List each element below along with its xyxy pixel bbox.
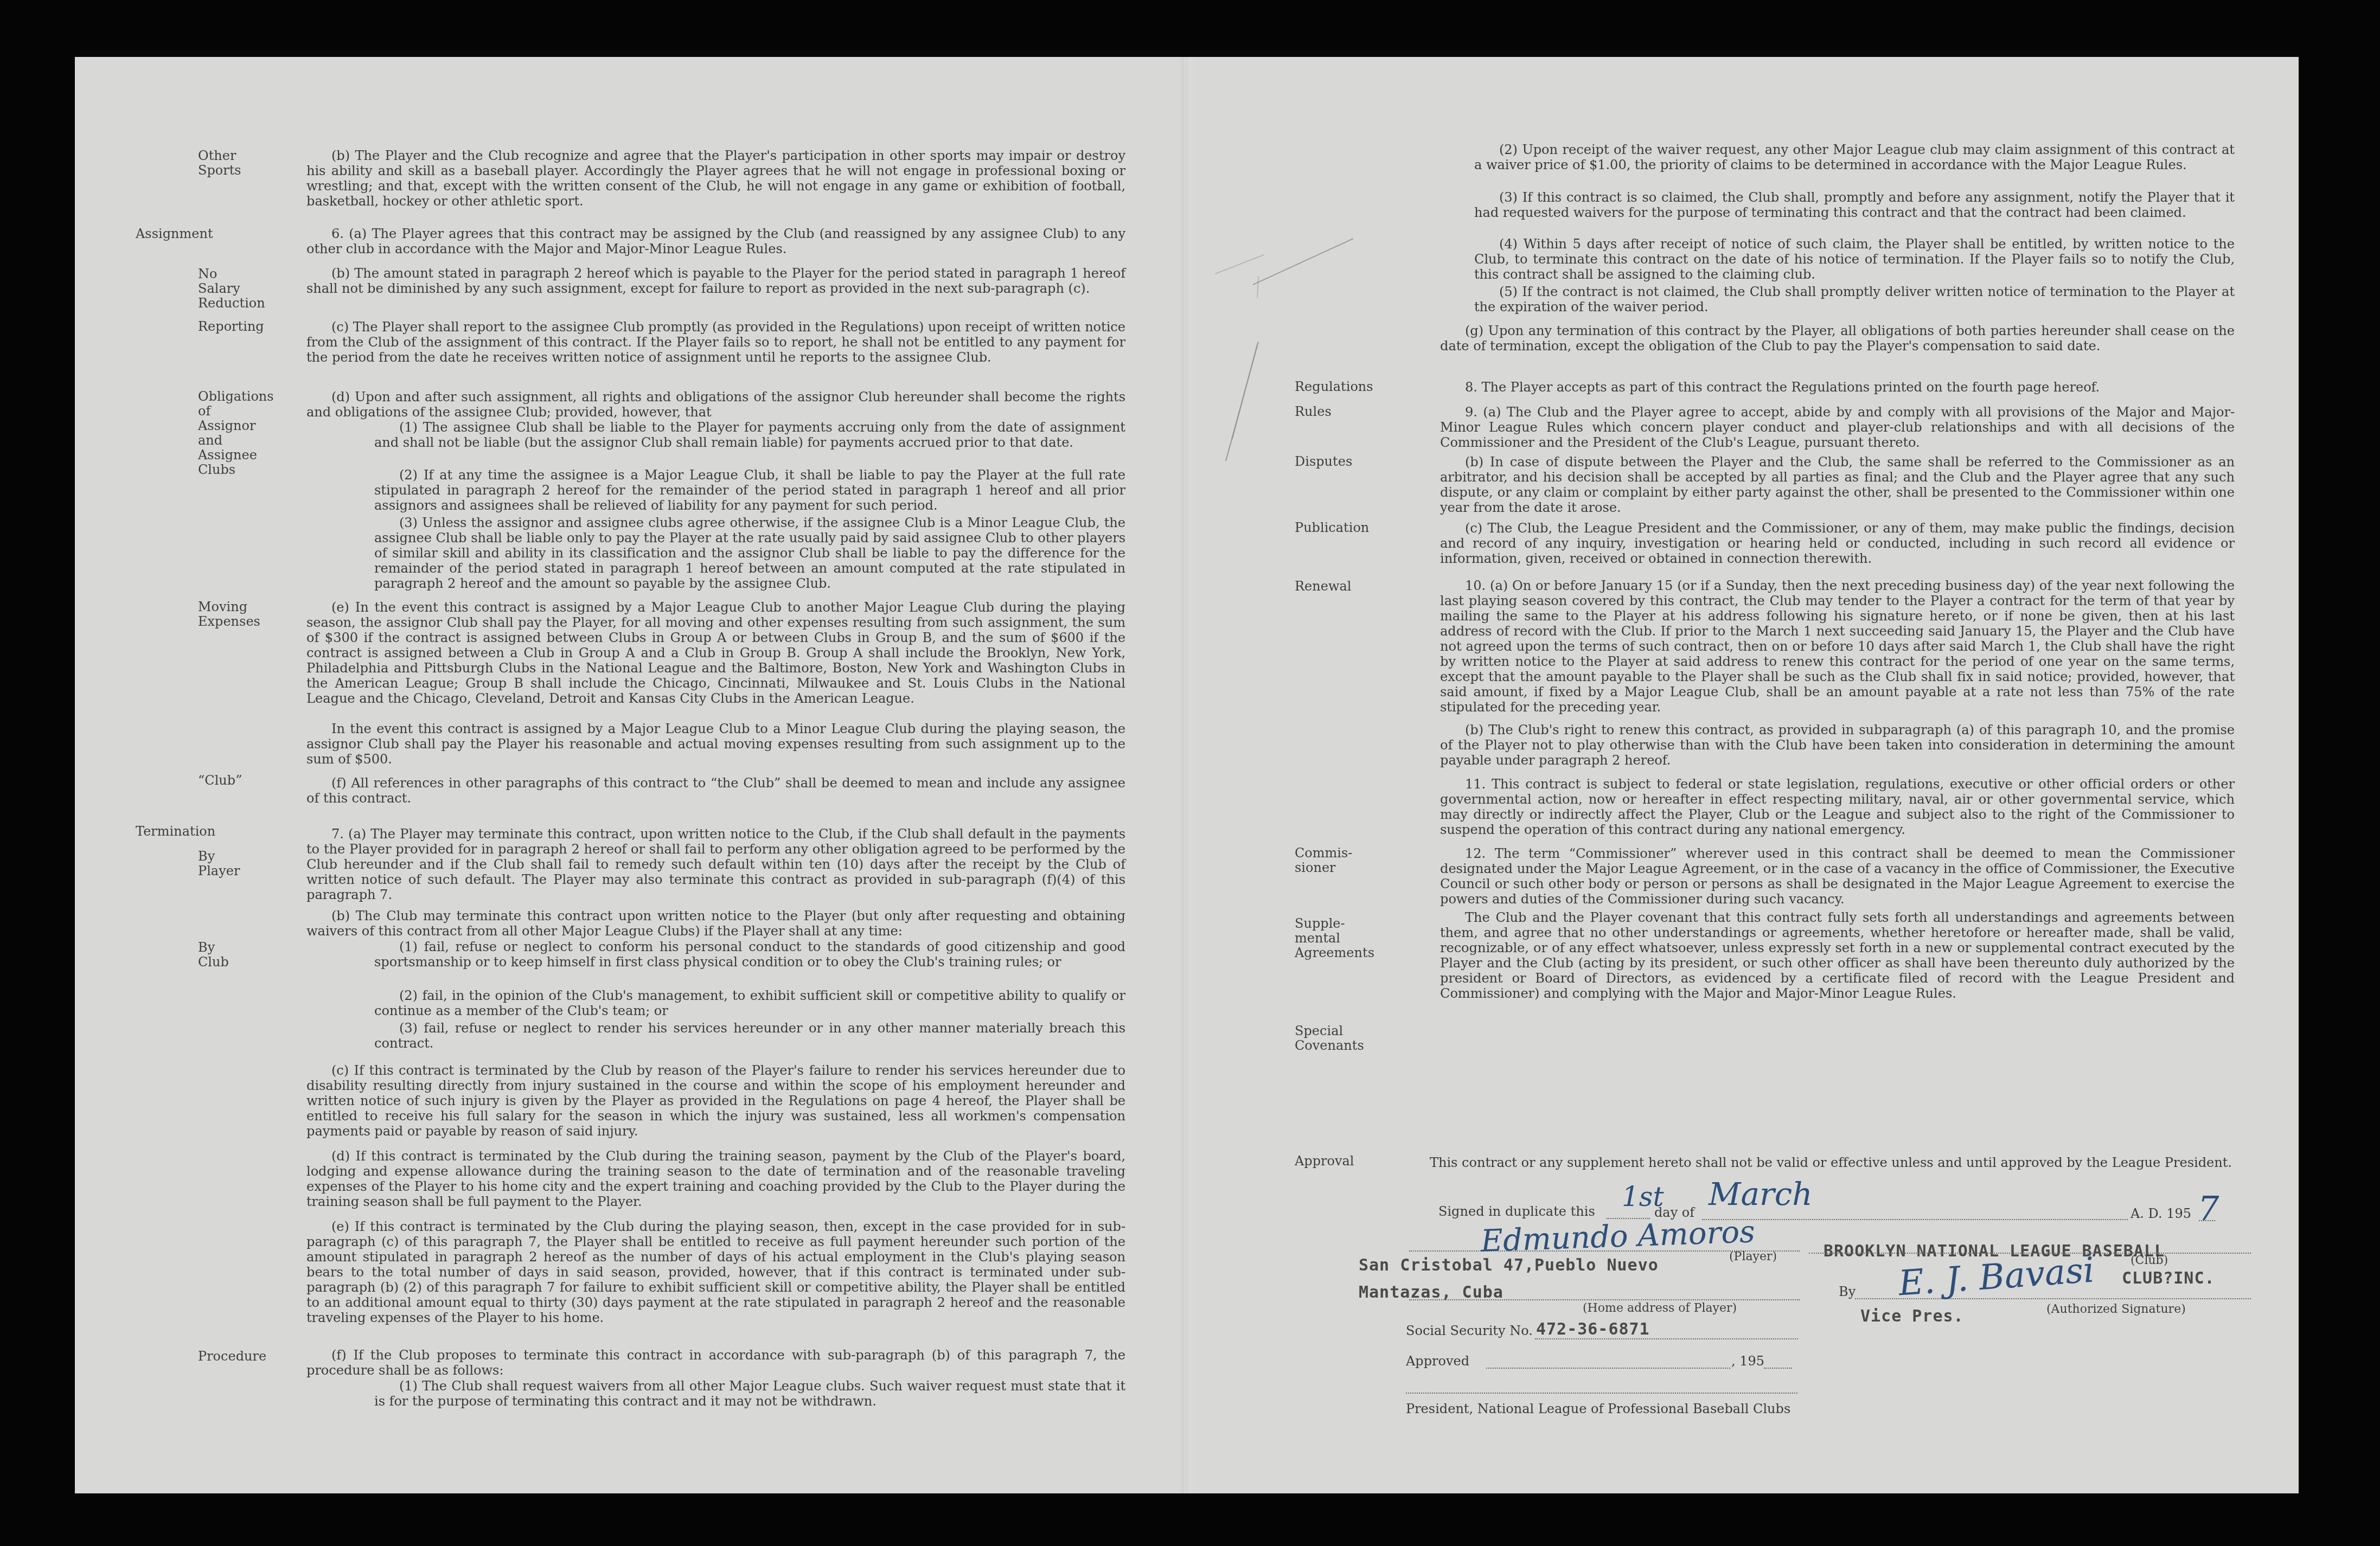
margin-label-reporting: Reporting (198, 319, 264, 334)
paragraph-termination-d: (d) If this contract is terminated by th… (306, 1149, 1125, 1209)
paragraph-club-definition: (f) All references in other paragraphs o… (306, 775, 1125, 806)
paragraph-termination-b: (b) The Club may terminate this contract… (306, 908, 1125, 939)
paragraph-moving-expenses-minor: In the event this contract is assigned b… (306, 721, 1125, 767)
paragraph-supplemental-agreements: The Club and the Player covenant that th… (1440, 910, 2235, 1001)
margin-label-moving-expenses: Moving Expenses (198, 600, 260, 629)
ssn-label: Social Security No. (1406, 1323, 1533, 1338)
paragraph-procedure-4: (4) Within 5 days after receipt of notic… (1474, 236, 2235, 282)
paragraph-legislation: 11. This contract is subject to federal … (1440, 777, 2235, 837)
year-digit-handwritten: 7 (2198, 1189, 2219, 1228)
approved-year-label: , 195 (1731, 1353, 1764, 1369)
paragraph-renewal-b: (b) The Club's right to renew this contr… (1440, 722, 2235, 768)
paragraph-obligations-1: (1) The assignee Club shall be liable to… (374, 420, 1125, 450)
paragraph-publication: (c) The Club, the League President and t… (1440, 521, 2235, 566)
paragraph-procedure-2: (2) Upon receipt of the waiver request, … (1474, 142, 2235, 172)
paragraph-termination-c: (c) If this contract is terminated by th… (306, 1063, 1125, 1139)
approved-year-line[interactable] (1764, 1368, 1792, 1369)
by-label: By (1839, 1284, 1856, 1299)
club-line[interactable] (1809, 1253, 2251, 1254)
paragraph-renewal-a: 10. (a) On or before January 15 (or if a… (1440, 578, 2235, 715)
margin-label-other-sports: Other Sports (198, 149, 241, 178)
margin-label-supplemental-agreements: Supple- mental Agreements (1295, 916, 1374, 960)
margin-label-approval: Approval (1295, 1154, 1354, 1169)
paragraph-termination-g: (g) Upon any termination of this contrac… (1440, 323, 2235, 354)
authorized-title: Vice Pres. (1860, 1307, 1964, 1326)
paragraph-commissioner: 12. The term “Commissioner” wherever use… (1440, 846, 2235, 907)
paragraph-termination-e: (e) If this contract is terminated by th… (306, 1219, 1125, 1325)
paragraph-other-sports: (b) The Player and the Club recognize an… (306, 148, 1125, 209)
approved-label: Approved (1406, 1353, 1469, 1369)
home-address-caption: (Home address of Player) (1583, 1301, 1737, 1315)
paragraph-rules: 9. (a) The Club and the Player agree to … (1440, 405, 2235, 450)
margin-label-commissioner: Commis- sioner (1295, 846, 1352, 875)
club-name-line2: CLUB?INC. (2122, 1269, 2215, 1288)
ssn-value: 472-36-6871 (1536, 1320, 1650, 1339)
approved-date-line[interactable] (1486, 1368, 1730, 1369)
paragraph-termination-b3: (3) fail, refuse or neglect to render hi… (374, 1021, 1125, 1051)
margin-label-publication: Publication (1295, 521, 1369, 535)
president-caption: President, National League of Profession… (1406, 1401, 1790, 1416)
center-fold (1184, 57, 1185, 1493)
ad-year-label: A. D. 195 (2131, 1206, 2191, 1221)
paragraph-procedure-3: (3) If this contract is so claimed, the … (1474, 190, 2235, 220)
margin-label-no-salary-reduction: No Salary Reduction (198, 267, 265, 311)
player-address-line1: San Cristobal 47,Pueblo Nuevo (1359, 1256, 1659, 1275)
paragraph-termination-a: 7. (a) The Player may terminate this con… (306, 826, 1125, 902)
paragraph-obligations-2: (2) If at any time the assignee is a Maj… (374, 467, 1125, 513)
pencil-mark (1193, 233, 1367, 461)
margin-label-termination: Termination (136, 824, 215, 839)
margin-label-obligations: Obligations of Assignor and Assignee Clu… (198, 389, 274, 477)
margin-label-renewal: Renewal (1295, 579, 1351, 594)
president-signature-line[interactable] (1406, 1393, 1797, 1394)
paragraph-regulations: 8. The Player accepts as part of this co… (1440, 380, 2235, 395)
paragraph-procedure-5: (5) If the contract is not claimed, the … (1474, 284, 2235, 315)
paragraph-disputes: (b) In case of dispute between the Playe… (1440, 454, 2235, 515)
margin-label-club: “Club” (198, 773, 242, 788)
player-caption: (Player) (1729, 1250, 1777, 1263)
paragraph-no-salary-reduction: (b) The amount stated in paragraph 2 her… (306, 266, 1125, 296)
margin-label-special-covenants: Special Covenants (1295, 1024, 1364, 1053)
ssn-line[interactable] (1535, 1338, 1798, 1339)
paragraph-obligations-d: (d) Upon and after such assignment, all … (306, 389, 1125, 420)
paragraph-assignment: 6. (a) The Player agrees that this contr… (306, 226, 1125, 256)
authorized-caption: (Authorized Signature) (2046, 1303, 2186, 1316)
margin-label-procedure: Procedure (198, 1349, 266, 1364)
paragraph-termination-b2: (2) fail, in the opinion of the Club's m… (374, 988, 1125, 1018)
paragraph-termination-b1: (1) fail, refuse or neglect to conform h… (374, 939, 1125, 970)
paragraph-reporting: (c) The Player shall report to the assig… (306, 319, 1125, 365)
paragraph-obligations-3: (3) Unless the assignor and assignee clu… (374, 515, 1125, 591)
margin-label-by-club: By Club (198, 940, 229, 970)
month-handwritten: March (1709, 1176, 1813, 1213)
paragraph-procedure-f: (f) If the Club proposes to terminate th… (306, 1348, 1125, 1378)
margin-label-assignment: Assignment (136, 227, 213, 241)
signed-in-duplicate-label: Signed in duplicate this (1438, 1204, 1595, 1219)
paragraph-procedure-1: (1) The Club shall request waivers from … (374, 1378, 1125, 1409)
month-field[interactable] (1702, 1219, 2128, 1220)
paragraph-approval: This contract or any supplement hereto s… (1405, 1155, 2235, 1170)
margin-label-by-player: By Player (198, 849, 240, 878)
club-caption: (Club) (2131, 1254, 2168, 1267)
home-address-line[interactable] (1409, 1299, 1800, 1300)
paragraph-moving-expenses: (e) In the event this contract is assign… (306, 600, 1125, 706)
